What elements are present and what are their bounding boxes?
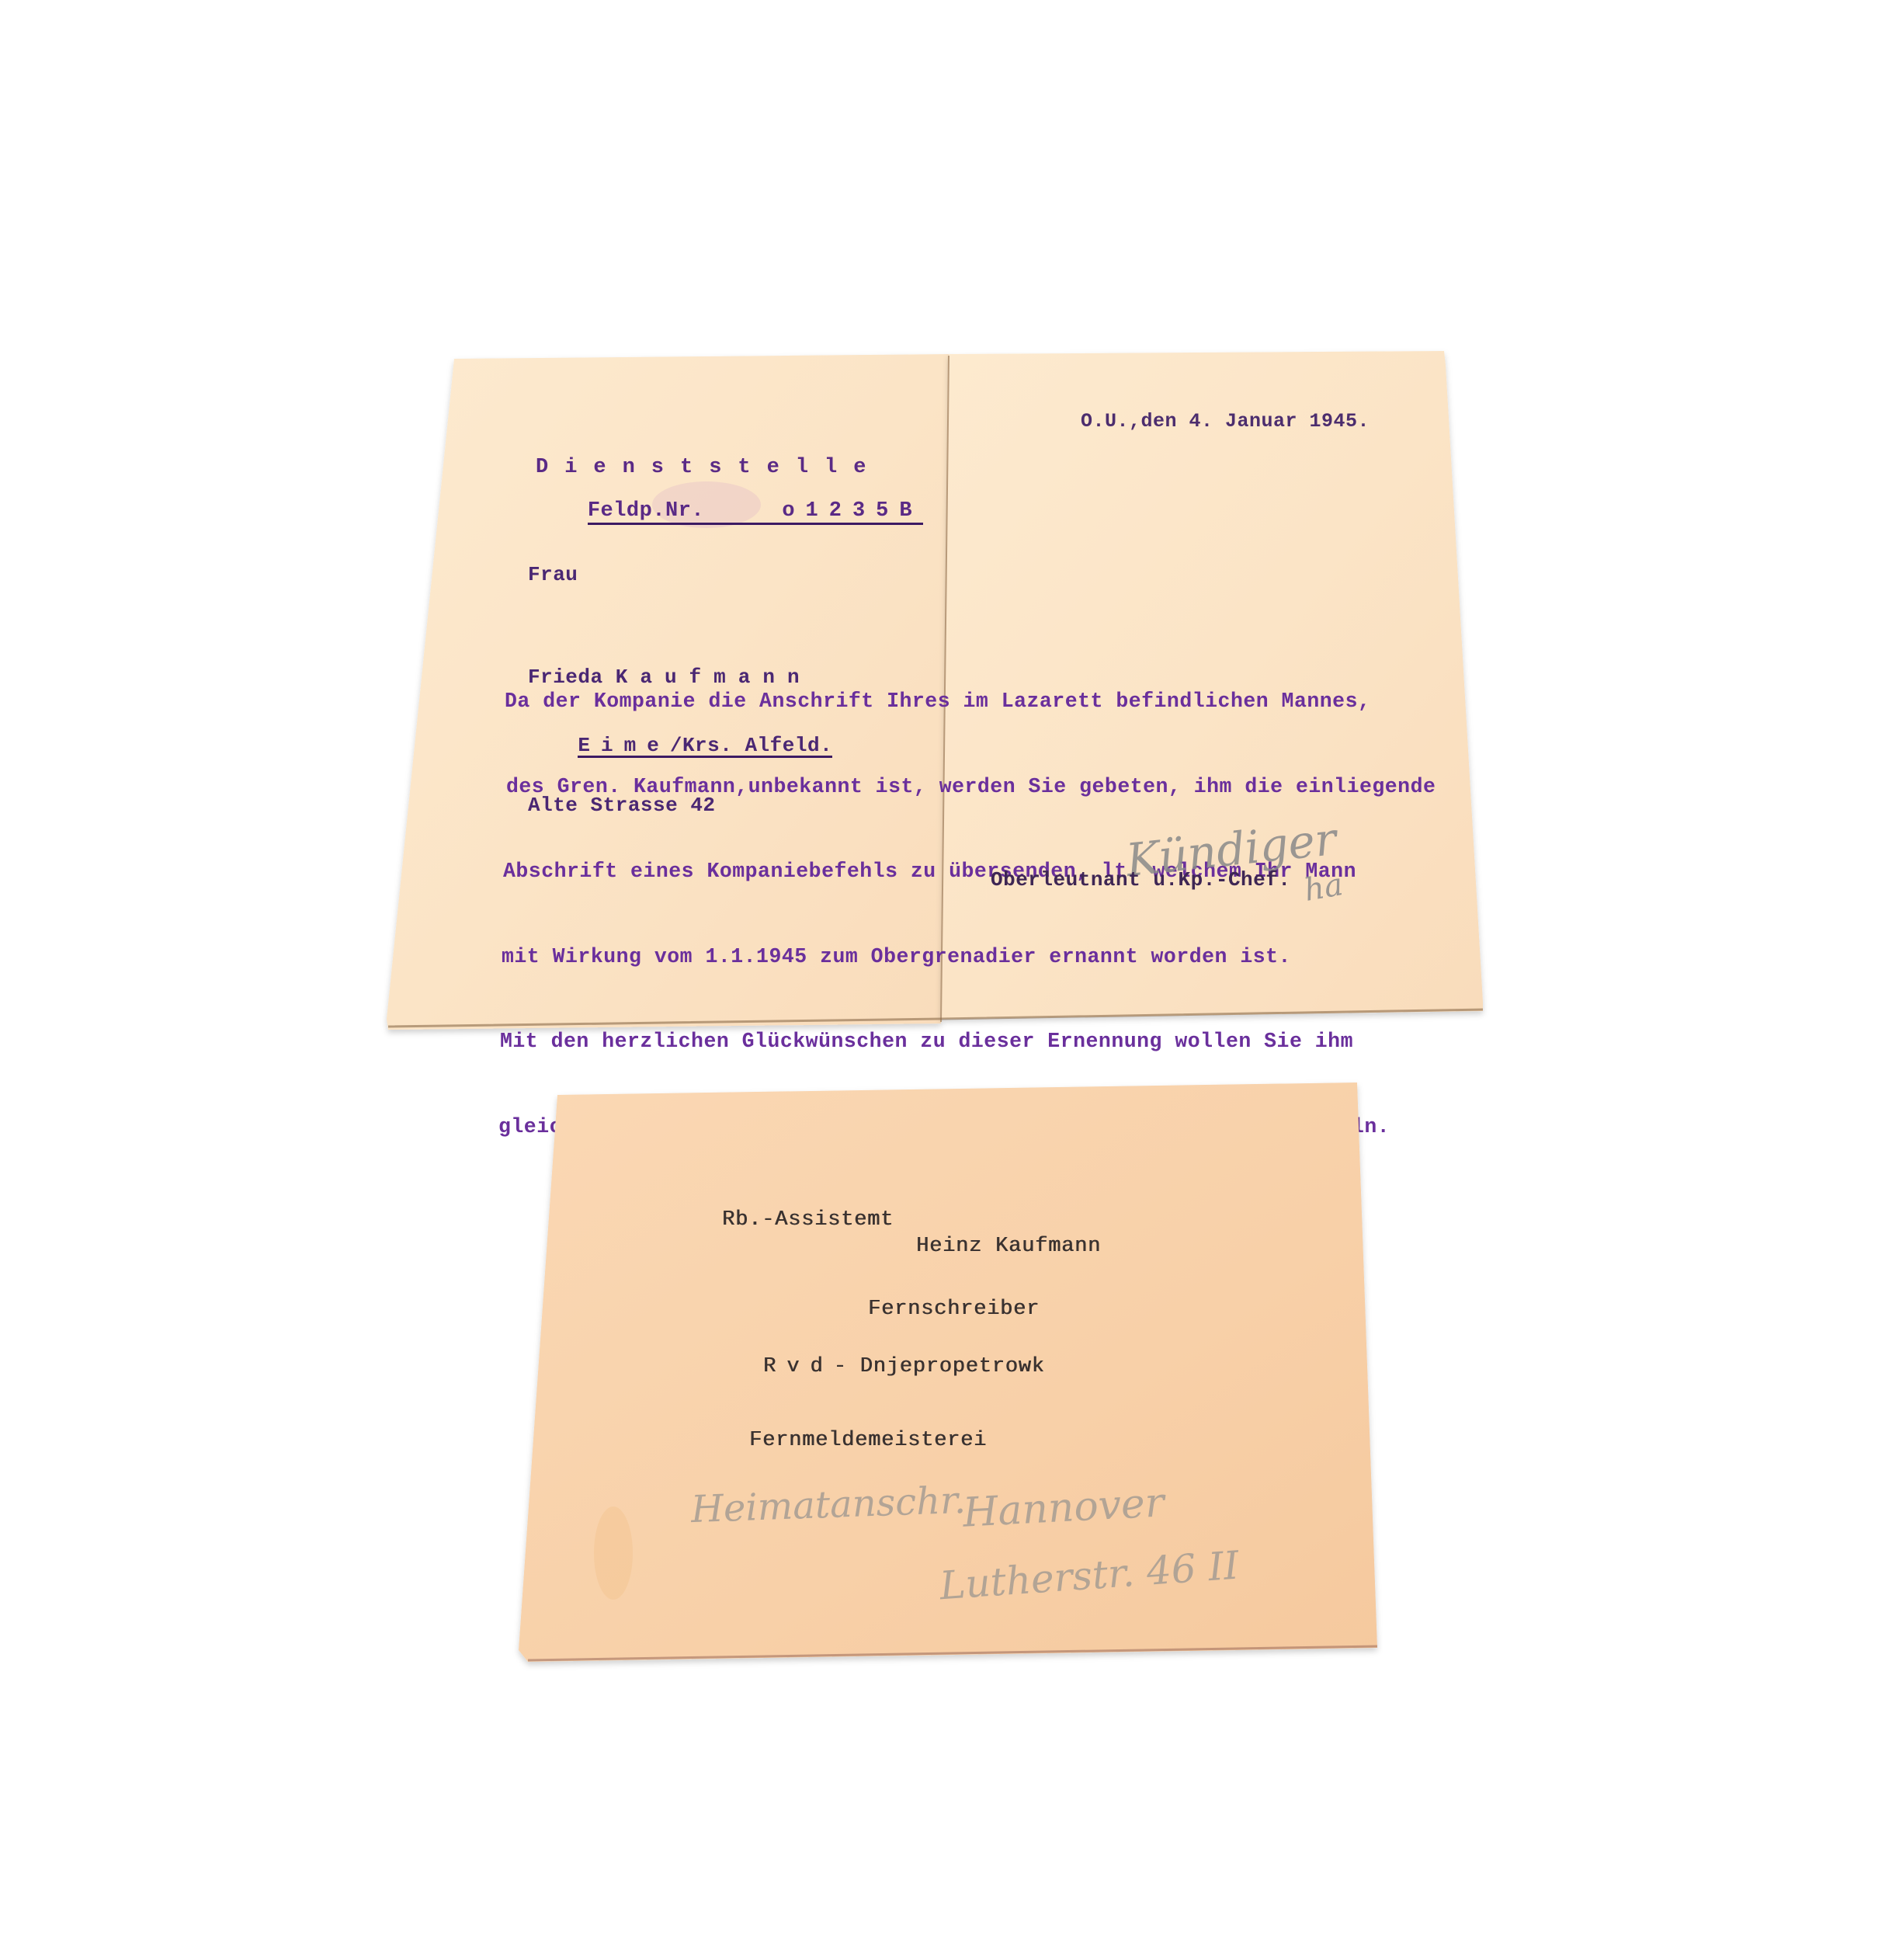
- body-line: des Gren. Kaufmann,unbekannt ist, werden…: [506, 773, 1436, 801]
- place-prefix: Rvd: [763, 1355, 834, 1378]
- body-line: Da der Kompanie die Anschrift Ihres im L…: [505, 687, 1436, 716]
- date-line: O.U.,den 4. Januar 1945.: [1081, 410, 1370, 433]
- body-line: mit Wirkung vom 1.1.1945 zum Obergrenadi…: [502, 943, 1436, 971]
- card-place: Rvd- Dnjepropetrowk: [763, 1355, 1045, 1378]
- card-office: Fernmeldemeisterei: [749, 1429, 987, 1452]
- card-rank: Rb.-Assistemt: [722, 1208, 894, 1232]
- letter-document: Dienststelle Feldp.Nr. o1235B O.U.,den 4…: [0, 0, 1899, 1087]
- card-role: Fernschreiber: [868, 1298, 1040, 1321]
- office-label: Dienststelle: [536, 457, 923, 478]
- handwritten-initials: ha: [1301, 867, 1345, 909]
- salutation: Frau: [528, 558, 832, 592]
- card-name: Heinz Kaufmann: [916, 1235, 1101, 1258]
- place-rest: - Dnjepropetrowk: [834, 1355, 1045, 1378]
- signoff-title: Oberleutnant u.Kp.-Chef.: [991, 868, 1290, 891]
- card-document: Rb.-Assistemt Heinz Kaufmann Fernschreib…: [0, 1072, 1899, 1693]
- body-line: Mit den herzlichen Glückwünschen zu dies…: [500, 1027, 1436, 1056]
